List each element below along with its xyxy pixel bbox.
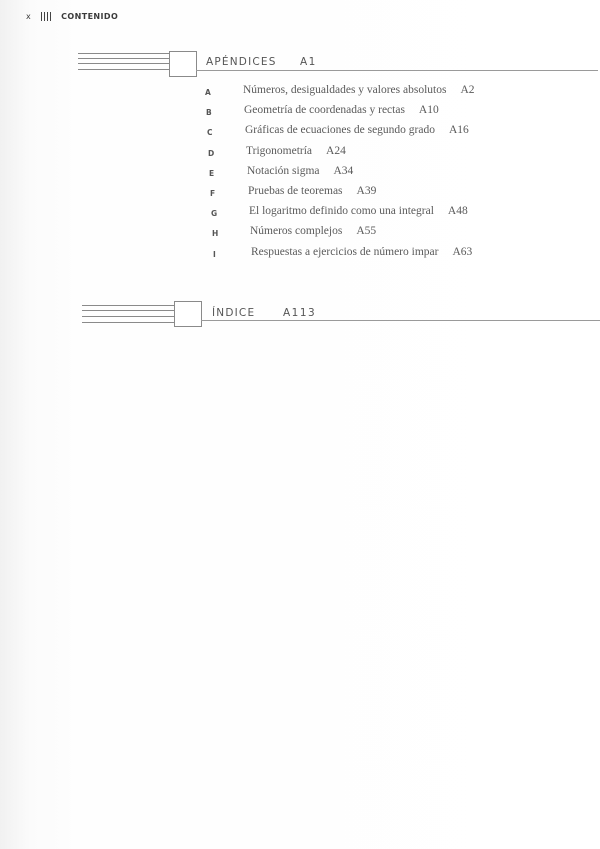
toc-item-label: Respuestas a ejercicios de número impar <box>251 246 438 258</box>
toc-item[interactable]: C Gráficas de ecuaciones de segundo grad… <box>207 124 537 144</box>
running-head: x CONTENIDO <box>26 9 118 23</box>
toc-item[interactable]: H Números complejosA55 <box>212 225 542 245</box>
toc-item-label: Gráficas de ecuaciones de segundo grado <box>245 124 435 136</box>
toc-item[interactable]: I Respuestas a ejercicios de número impa… <box>213 246 543 266</box>
section-header-indice: ÍNDICE A113 <box>0 300 600 330</box>
toc-item-letter: G <box>211 209 217 218</box>
toc-item[interactable]: F Pruebas de teoremasA39 <box>210 185 540 205</box>
toc-item[interactable]: B Geometría de coordenadas y rectasA10 <box>206 104 536 124</box>
toc-item[interactable]: D TrigonometríaA24 <box>208 145 538 165</box>
section-rule <box>196 70 598 71</box>
toc-item-letter: A <box>205 88 211 97</box>
toc-item-label: Pruebas de teoremas <box>248 185 343 197</box>
toc-item[interactable]: E Notación sigmaA34 <box>209 165 539 185</box>
section-title[interactable]: APÉNDICES <box>206 56 277 68</box>
toc-item-letter: C <box>207 128 213 137</box>
section-page: A113 <box>283 307 316 319</box>
toc-item-letter: D <box>208 149 214 158</box>
section-header-apendices: APÉNDICES A1 <box>0 50 600 80</box>
toc-item-label: Notación sigma <box>247 165 320 177</box>
toc-item-letter: I <box>213 250 216 259</box>
toc-list-apendices: A Números, desigualdades y valores absol… <box>205 84 535 266</box>
toc-item-letter: H <box>212 229 218 238</box>
toc-item-letter: F <box>210 189 215 198</box>
toc-item-label: Números complejos <box>250 225 342 237</box>
toc-item-page: A34 <box>334 165 354 177</box>
box-ornament-icon <box>169 51 197 77</box>
toc-item-page: A10 <box>419 104 439 116</box>
toc-item-label: Trigonometría <box>246 145 312 157</box>
toc-item-letter: E <box>209 169 214 178</box>
toc-item-page: A39 <box>357 185 377 197</box>
toc-item-page: A24 <box>326 145 346 157</box>
toc-item-page: A48 <box>448 205 468 217</box>
running-head-title: CONTENIDO <box>61 12 118 21</box>
section-page: A1 <box>300 56 317 68</box>
box-ornament-icon <box>174 301 202 327</box>
toc-item-label: El logaritmo definido como una integral <box>249 205 434 217</box>
toc-item-page: A16 <box>449 124 469 136</box>
toc-item[interactable]: G El logaritmo definido como una integra… <box>211 205 541 225</box>
toc-item-label: Geometría de coordenadas y rectas <box>244 104 405 116</box>
section-title[interactable]: ÍNDICE <box>212 307 255 319</box>
toc-item-page: A63 <box>452 246 472 258</box>
toc-item-letter: B <box>206 108 212 117</box>
toc-item-page: A55 <box>356 225 376 237</box>
toc-item[interactable]: A Números, desigualdades y valores absol… <box>205 84 535 104</box>
toc-item-label: Números, desigualdades y valores absolut… <box>243 84 446 96</box>
toc-item-page: A2 <box>460 84 474 96</box>
section-rule <box>201 320 600 321</box>
bars-ornament-icon <box>41 12 51 21</box>
page-number: x <box>26 12 31 21</box>
